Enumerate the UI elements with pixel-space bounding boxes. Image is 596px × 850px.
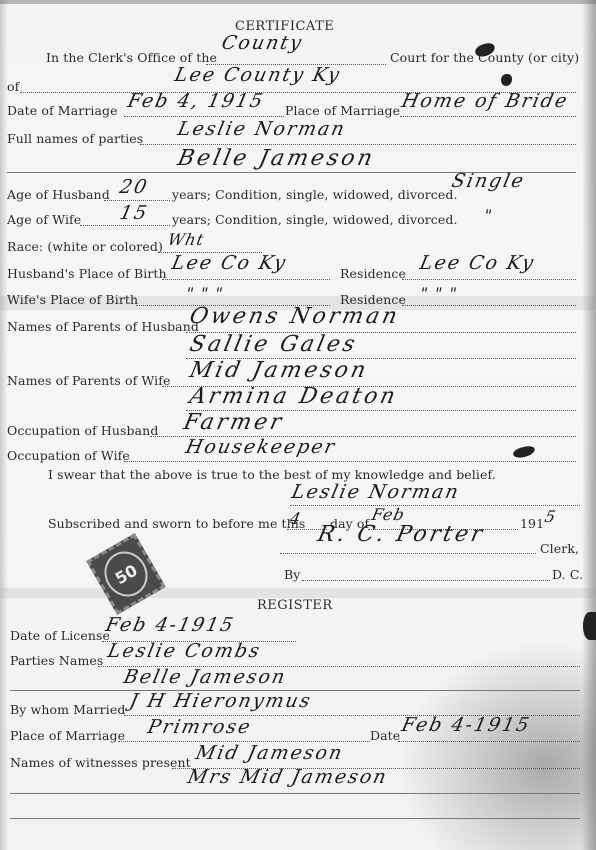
place-of-marriage-line bbox=[400, 116, 576, 117]
ink-blot bbox=[583, 612, 596, 640]
register-date-label: Date bbox=[370, 728, 400, 743]
race-value: Wht bbox=[166, 230, 206, 249]
race-label: Race: (white or colored) bbox=[7, 239, 163, 254]
condition-husband-value: Single bbox=[450, 170, 528, 192]
parties-names-label: Parties Names bbox=[10, 653, 103, 668]
husband-birth-line bbox=[162, 279, 330, 280]
occupation-wife-label: Occupation of Wife bbox=[7, 448, 130, 463]
husband-birth-value: Lee Co Ky bbox=[170, 252, 290, 274]
parties-names-value-1: Leslie Combs bbox=[106, 640, 264, 662]
age-wife-label: Age of Wife bbox=[7, 212, 81, 227]
date-of-license-label: Date of License bbox=[10, 628, 110, 643]
by-whom-label: By whom Married bbox=[10, 702, 125, 717]
by-line bbox=[302, 580, 550, 581]
parents-husband-value-1: Owens Norman bbox=[187, 304, 402, 329]
parents-wife-label: Names of Parents of Wife bbox=[7, 373, 170, 388]
year-prefix: 191 bbox=[520, 516, 544, 531]
date-of-marriage-line bbox=[124, 116, 284, 117]
of-label: of bbox=[7, 79, 19, 94]
witnesses-line-2 bbox=[10, 793, 580, 794]
dc-label: D. C. bbox=[552, 567, 583, 582]
husband-residence-line bbox=[402, 279, 576, 280]
date-of-marriage-value: Feb 4, 1915 bbox=[126, 90, 267, 112]
clerk-label: Clerk, bbox=[540, 541, 579, 556]
by-label: By bbox=[284, 567, 300, 582]
year-suffix-value: 5 bbox=[543, 507, 558, 526]
age-wife-value: 15 bbox=[118, 202, 151, 224]
subscribed-label: Subscribed and sworn to before me this bbox=[48, 516, 305, 531]
revenue-stamp-value: 50 bbox=[96, 544, 155, 605]
condition-husband-label: years; Condition, single, widowed, divor… bbox=[172, 187, 458, 202]
oath-signature: Leslie Norman bbox=[290, 481, 462, 503]
marriage-certificate-page: CERTIFICATE In the Clerk's Office of the… bbox=[0, 0, 596, 850]
full-names-value-2: Belle Jameson bbox=[175, 146, 377, 171]
clerk-office-label: In the Clerk's Office of the bbox=[46, 50, 217, 65]
parents-wife-value-1: Mid Jameson bbox=[187, 358, 370, 383]
ink-blot bbox=[501, 74, 512, 86]
by-whom-value: J H Hieronymus bbox=[128, 690, 314, 712]
husband-residence-value: Lee Co Ky bbox=[418, 252, 538, 274]
court-label: Court for the County (or city) bbox=[390, 50, 579, 65]
clerk-signature: R. C. Porter bbox=[315, 522, 487, 547]
wife-residence-value: " " " bbox=[418, 284, 459, 303]
clerk-office-value: County bbox=[220, 32, 306, 54]
register-title: REGISTER bbox=[257, 598, 333, 613]
occupation-wife-line bbox=[124, 461, 576, 462]
witnesses-value-1: Mid Jameson bbox=[194, 742, 346, 764]
occupation-husband-value: Farmer bbox=[181, 410, 286, 435]
occupation-husband-label: Occupation of Husband bbox=[7, 423, 158, 438]
paper-fold bbox=[0, 588, 596, 598]
parents-wife-value-2: Armina Deaton bbox=[187, 384, 400, 409]
full-names-line-1 bbox=[140, 144, 576, 145]
age-husband-label: Age of Husband bbox=[7, 187, 110, 202]
witnesses-line-3 bbox=[10, 818, 580, 819]
witnesses-value-2: Mrs Mid Jameson bbox=[186, 766, 390, 788]
revenue-stamp: 50 bbox=[86, 533, 165, 615]
full-names-value-1: Leslie Norman bbox=[176, 118, 348, 140]
register-date-value: Feb 4-1915 bbox=[400, 714, 533, 736]
age-husband-value: 20 bbox=[118, 176, 151, 198]
parties-names-value-2: Belle Jameson bbox=[122, 666, 289, 688]
ink-blot bbox=[512, 445, 536, 459]
clerk-signature-line bbox=[280, 553, 536, 554]
oath-text: I swear that the above is true to the be… bbox=[48, 467, 496, 482]
date-of-license-value: Feb 4-1915 bbox=[104, 614, 237, 636]
register-date-line bbox=[398, 741, 580, 742]
wife-birth-value: " " " bbox=[184, 284, 225, 303]
condition-wife-value: " bbox=[482, 206, 494, 225]
wife-birth-label: Wife's Place of Birth bbox=[7, 292, 138, 307]
husband-birth-label: Husband's Place of Birth bbox=[7, 266, 167, 281]
wife-residence-line bbox=[402, 305, 576, 306]
oath-signature-line bbox=[290, 505, 580, 506]
full-names-label: Full names of parties bbox=[7, 131, 143, 146]
date-of-marriage-label: Date of Marriage bbox=[7, 103, 118, 118]
place-of-marriage-value: Home of Bride bbox=[400, 90, 571, 112]
parents-husband-label: Names of Parents of Husband bbox=[7, 319, 199, 334]
occupation-wife-value: Housekeeper bbox=[184, 436, 338, 458]
age-wife-line bbox=[80, 225, 170, 226]
husband-residence-label: Residence bbox=[340, 266, 406, 281]
register-place-value: Primrose bbox=[146, 716, 254, 738]
age-husband-line bbox=[104, 200, 170, 201]
place-of-marriage-label: Place of Marriage bbox=[285, 103, 400, 118]
parents-husband-value-2: Sallie Gales bbox=[187, 332, 360, 357]
register-place-label: Place of Marriage bbox=[10, 728, 125, 743]
paper-edge-top bbox=[0, 0, 596, 4]
witnesses-label: Names of witnesses present bbox=[10, 755, 191, 770]
condition-wife-label: years; Condition, single, widowed, divor… bbox=[172, 212, 458, 227]
of-value: Lee County Ky bbox=[173, 64, 343, 86]
